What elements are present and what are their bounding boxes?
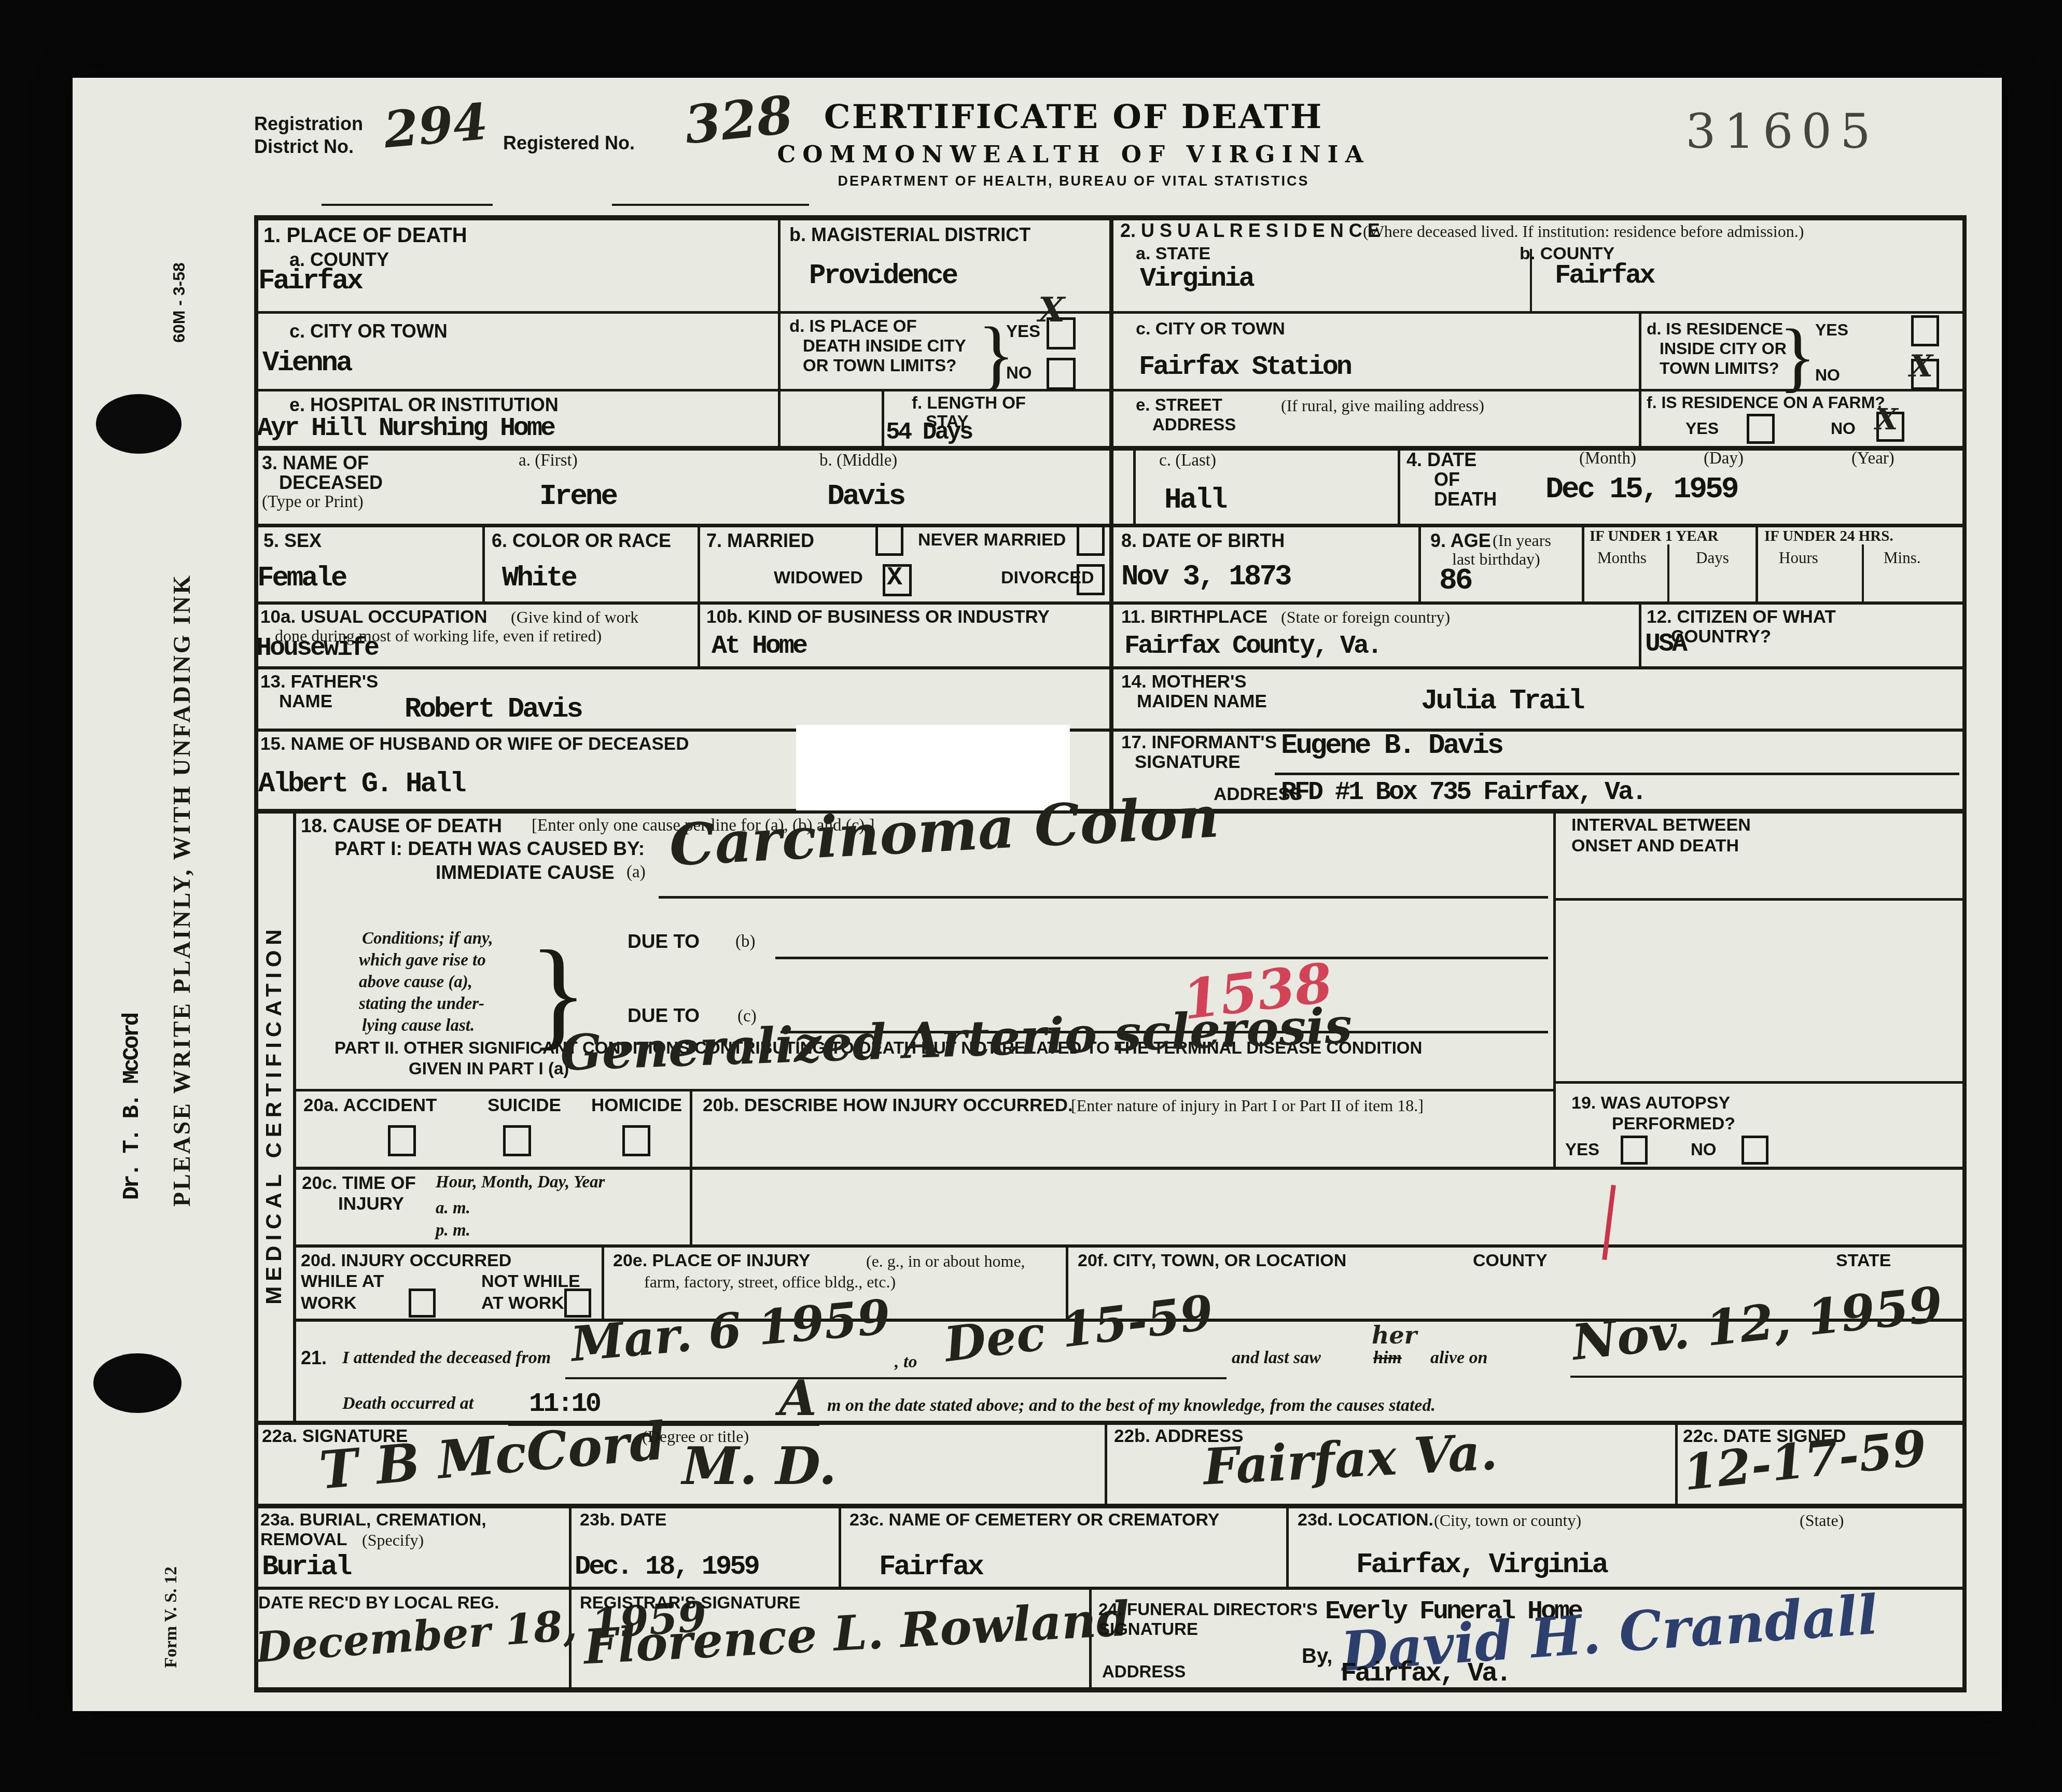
grid-line	[482, 524, 485, 601]
suicide-label: SUICIDE	[487, 1095, 561, 1116]
race-label: 6. COLOR OR RACE	[492, 530, 671, 552]
funeral-address-label: ADDRESS	[1102, 1662, 1186, 1682]
street-label-2: ADDRESS	[1152, 415, 1236, 435]
degree-value: M. D.	[682, 1435, 837, 1496]
occupation-note-1: (Give kind of work	[511, 608, 638, 627]
farm-yes-label: YES	[1685, 419, 1719, 438]
spouse-label: 15. NAME OF HUSBAND OR WIFE OF DECEASED	[260, 734, 689, 754]
farm-no-mark: X	[1875, 402, 1898, 437]
punch-hole-bottom	[93, 1353, 182, 1413]
due-to-b: (b)	[735, 932, 755, 951]
grid-line	[254, 1587, 1966, 1590]
grid-line	[1418, 524, 1421, 601]
homicide-checkbox	[622, 1125, 650, 1156]
to-word: , to	[895, 1352, 917, 1372]
not-while-work-checkbox	[564, 1289, 591, 1318]
serial-stamp: 31605	[1685, 104, 1879, 159]
doctor-margin-note: Dr. T. B. McCord	[119, 949, 145, 1265]
inside-limits-no-checkbox	[1047, 358, 1076, 390]
conditions-note-5: lying cause last.	[362, 1016, 475, 1035]
certifier-address-value: Fairfax Va.	[1202, 1422, 1499, 1496]
never-married-label: NEVER MARRIED	[918, 530, 1066, 550]
birthplace-label: 11. BIRTHPLACE	[1121, 607, 1267, 627]
grid-line	[1109, 215, 1113, 812]
grid-line	[1667, 544, 1669, 601]
residence-city-value: Fairfax Station	[1139, 352, 1350, 382]
grid-line	[882, 389, 884, 446]
district-number-line	[322, 204, 493, 206]
suicide-checkbox	[503, 1125, 531, 1156]
citizen-label-1: 12. CITIZEN OF WHAT	[1647, 607, 1836, 627]
informant-value: Eugene B. Davis	[1281, 730, 1502, 762]
dod-year-label: (Year)	[1851, 449, 1894, 468]
mins-label: Mins.	[1884, 549, 1921, 567]
deceased-name-label-1: 3. NAME OF	[262, 452, 369, 474]
funeral-director-label-1: 24. FUNERAL DIRECTOR'S	[1098, 1600, 1318, 1619]
city-value: Vienna	[262, 347, 351, 379]
divorced-checkbox	[1077, 564, 1105, 595]
burial-date-value: Dec. 18, 1959	[575, 1551, 758, 1582]
autopsy-no-label: NO	[1691, 1140, 1717, 1159]
place-of-injury-note-1: (e. g., in or about home,	[866, 1252, 1025, 1271]
grid-line	[1553, 1081, 1966, 1084]
funeral-by-label: By,	[1302, 1645, 1332, 1668]
birthplace-value: Fairfax County, Va.	[1124, 632, 1381, 661]
residence-county-value: Fairfax	[1555, 260, 1653, 291]
form-border-bottom	[254, 1687, 1966, 1692]
registration-label-1: Registration	[254, 113, 363, 135]
her-correction: her	[1372, 1321, 1417, 1349]
while-at-label: WHILE AT	[301, 1271, 384, 1292]
location-value: Fairfax, Virginia	[1356, 1549, 1607, 1581]
grid-line	[293, 1244, 1966, 1248]
inside-limits-label-3: OR TOWN LIMITS?	[803, 356, 956, 375]
autopsy-yes-label: YES	[1565, 1140, 1599, 1159]
grid-line	[1675, 1421, 1678, 1504]
race-value: White	[502, 563, 576, 594]
spouse-value: Albert G. Hall	[258, 768, 465, 800]
while-at-work-checkbox	[409, 1289, 436, 1318]
describe-injury-label: 20b. DESCRIBE HOW INJURY OCCURRED.	[703, 1095, 1073, 1116]
inside-limits-yes-label: YES	[1006, 321, 1040, 341]
print-code: 60M - 3-58	[170, 238, 189, 368]
first-name-label: a. (First)	[519, 451, 578, 470]
informant-signature-line	[1275, 773, 1959, 775]
grid-line	[1105, 1421, 1107, 1504]
middle-name-value: Davis	[827, 480, 904, 513]
dob-label: 8. DATE OF BIRTH	[1121, 530, 1285, 552]
sex-value: Female	[257, 563, 345, 594]
grid-line	[1286, 1504, 1289, 1587]
residence-yes-checkbox	[1911, 315, 1939, 346]
not-while-work-label: AT WORK	[481, 1293, 564, 1313]
citizen-value: USA	[1645, 629, 1685, 659]
inside-limits-label-2: DEATH INSIDE CITY	[803, 336, 966, 356]
red-tally-mark	[1602, 1185, 1616, 1260]
due-to-b-label: DUE TO	[628, 931, 700, 953]
immediate-cause-a: (a)	[626, 863, 646, 882]
time-of-injury-label-2: INJURY	[338, 1194, 404, 1214]
commonwealth-subtitle: COMMONWEALTH OF VIRGINIA	[762, 141, 1385, 168]
autopsy-yes-checkbox	[1621, 1136, 1648, 1165]
grid-line	[1553, 809, 1556, 1167]
write-plainly-note: PLEASE WRITE PLAINLY, WITH UNFADING INK	[168, 517, 196, 1264]
last-saw-text: and last saw	[1232, 1348, 1321, 1368]
interval-label-2: ONSET AND DEATH	[1571, 836, 1739, 856]
cemetery-label: 23c. NAME OF CEMETERY OR CREMATORY	[849, 1510, 1219, 1530]
days-label: Days	[1696, 549, 1729, 567]
under-24-hrs-label: IF UNDER 24 HRS.	[1764, 528, 1893, 545]
farm-yes-checkbox	[1747, 414, 1775, 444]
grid-line	[1582, 524, 1584, 601]
form-number: Form V. S. 12	[161, 1537, 181, 1698]
pm-label: p. m.	[436, 1221, 470, 1240]
residence-state-label: a. STATE	[1136, 244, 1210, 264]
conditions-note-4: stating the under-	[359, 995, 484, 1014]
conditions-note-3: above cause (a),	[359, 973, 472, 992]
married-checkbox	[875, 525, 903, 556]
date-of-death-label-1: 4. DATE	[1406, 449, 1476, 471]
grid-line	[1133, 446, 1136, 524]
am-mark: A	[779, 1370, 817, 1427]
grid-line	[1398, 446, 1400, 524]
occupation-value: Housewife	[256, 634, 378, 663]
attended-to-value: Dec 15-59	[941, 1284, 1216, 1373]
grid-line	[602, 1244, 604, 1319]
hours-label: Hours	[1779, 549, 1818, 567]
grid-line	[293, 1089, 1553, 1091]
brace: }	[1779, 312, 1816, 401]
burial-date-label: 23b. DATE	[580, 1510, 667, 1530]
grid-line	[1639, 601, 1641, 666]
date-of-death-label-3: DEATH	[1434, 488, 1497, 510]
registered-no-label: Registered No.	[503, 132, 635, 154]
grid-line	[1756, 524, 1758, 601]
magisterial-district-label: b. MAGISTERIAL DISTRICT	[789, 224, 1030, 246]
widowed-mark: X	[887, 563, 900, 593]
medical-certification-strip: MEDICAL CERTIFICATION	[261, 828, 286, 1401]
grid-line	[690, 1089, 692, 1244]
time-of-injury-note: Hour, Month, Day, Year	[436, 1173, 605, 1192]
mother-label-2: MAIDEN NAME	[1137, 691, 1267, 712]
place-of-injury-note-2: farm, factory, street, office bldg., etc…	[644, 1272, 896, 1292]
certificate-paper: 60M - 3-58 PLEASE WRITE PLAINLY, WITH UN…	[73, 78, 2002, 1711]
age-note-1: (In years	[1493, 531, 1551, 550]
father-value: Robert Davis	[405, 694, 581, 725]
death-statement-tail: m on the date stated above; and to the b…	[827, 1396, 1436, 1416]
injury-county-label: COUNTY	[1473, 1251, 1548, 1271]
autopsy-label-2: PERFORMED?	[1612, 1114, 1735, 1134]
certificate-title: CERTIFICATE OF DEATH	[762, 97, 1385, 136]
inside-limits-yes-mark: X	[1038, 289, 1065, 330]
sex-label: 5. SEX	[263, 530, 322, 552]
injury-state-label: STATE	[1836, 1251, 1891, 1271]
usual-residence-title: 2. U S U A L R E S I D E N C E	[1120, 220, 1380, 242]
months-label: Months	[1597, 549, 1647, 567]
grid-line	[569, 1504, 572, 1687]
injury-city-label: 20f. CITY, TOWN, OR LOCATION	[1078, 1251, 1346, 1271]
place-of-injury-label: 20e. PLACE OF INJURY	[613, 1251, 810, 1271]
district-number-value: 294	[381, 92, 490, 159]
deceased-name-label-3: (Type or Print)	[262, 493, 364, 512]
registered-number-line	[612, 204, 809, 206]
date-of-death-value: Dec 15, 1959	[1545, 473, 1737, 507]
length-of-stay-value: 54 Days	[886, 419, 971, 446]
injury-occurred-label: 20d. INJURY OCCURRED	[301, 1251, 511, 1271]
age-value: 86	[1439, 564, 1471, 598]
grid-line	[1639, 311, 1641, 446]
informant-label-2: SIGNATURE	[1135, 752, 1241, 773]
under-1-year-label: IF UNDER 1 YEAR	[1590, 528, 1718, 545]
age-label: 9. AGE	[1430, 530, 1491, 552]
time-of-injury-label-1: 20c. TIME OF	[302, 1173, 416, 1194]
him-word: him	[1373, 1348, 1402, 1368]
attended-from-value: Mar. 6 1959	[568, 1289, 893, 1372]
conditions-note-2: which gave rise to	[359, 951, 486, 970]
farm-no-label: NO	[1831, 419, 1856, 438]
attended-text: I attended the deceased from	[342, 1348, 551, 1368]
death-occurred-text: Death occurred at	[342, 1394, 473, 1413]
street-label-1: e. STREET	[1136, 395, 1222, 415]
immediate-cause-label: IMMEDIATE CAUSE	[436, 862, 615, 884]
residence-no-label: NO	[1815, 366, 1840, 385]
grid-line	[293, 809, 296, 1421]
place-of-death-title: 1. PLACE OF DEATH	[263, 224, 467, 247]
dod-month-label: (Month)	[1579, 449, 1636, 468]
location-label: 23d. LOCATION.	[1298, 1510, 1433, 1530]
autopsy-label-1: 19. WAS AUTOPSY	[1571, 1093, 1730, 1113]
funeral-director-label-2: SIGNATURE	[1098, 1619, 1198, 1639]
death-time-value: 11:10	[529, 1389, 600, 1419]
scanned-death-certificate: 60M - 3-58 PLEASE WRITE PLAINLY, WITH UN…	[0, 0, 2062, 1792]
burial-label-1: 23a. BURIAL, CREMATION,	[260, 1510, 486, 1530]
widowed-label: WIDOWED	[774, 568, 863, 588]
farm-label: f. IS RESIDENCE ON A FARM?	[1647, 393, 1885, 412]
length-of-stay-label-1: f. LENGTH OF	[912, 393, 1026, 413]
father-label-2: NAME	[279, 691, 332, 712]
cause-of-death-title: 18. CAUSE OF DEATH	[301, 815, 502, 837]
grid-line	[698, 524, 700, 666]
funeral-address-value: Fairfax, Va.	[1341, 1658, 1510, 1689]
citizen-label-2: COUNTRY?	[1671, 626, 1771, 647]
never-married-checkbox	[1077, 525, 1105, 556]
mother-value: Julia Trail	[1421, 685, 1583, 717]
grid-line	[839, 1504, 841, 1587]
hospital-label: e. HOSPITAL OR INSTITUTION	[289, 394, 559, 416]
cause-a-line	[659, 896, 1548, 899]
inside-limits-no-label: NO	[1006, 363, 1032, 383]
interval-label-1: INTERVAL BETWEEN	[1571, 815, 1751, 835]
date-of-death-label-2: OF	[1434, 469, 1460, 491]
conditions-note-1: Conditions; if any,	[362, 929, 493, 948]
inside-limits-label-1: d. IS PLACE OF	[789, 316, 917, 336]
attendance-line-2	[1570, 1376, 1963, 1378]
am-label: a. m.	[436, 1199, 470, 1218]
industry-value: At Home	[712, 632, 806, 661]
informant-label-1: 17. INFORMANT'S	[1121, 732, 1277, 753]
middle-name-label: b. (Middle)	[819, 451, 897, 470]
registration-label-2: District No.	[254, 136, 354, 158]
dob-value: Nov 3, 1873	[1121, 560, 1290, 593]
title-block: CERTIFICATE OF DEATH COMMONWEALTH OF VIR…	[762, 97, 1385, 189]
accident-checkbox	[388, 1125, 416, 1156]
residence-inside-label-3: TOWN LIMITS?	[1660, 359, 1779, 378]
part1-label: PART I: DEATH WAS CAUSED BY:	[335, 838, 645, 860]
street-note: (If rural, give mailing address)	[1281, 396, 1484, 415]
grid-line	[1862, 544, 1864, 601]
father-label-1: 13. FATHER'S	[260, 671, 378, 692]
autopsy-no-checkbox	[1741, 1136, 1768, 1165]
part2-label-2: GIVEN IN PART I (a)	[409, 1059, 569, 1079]
cause-b-line	[775, 957, 1548, 959]
department-line: DEPARTMENT OF HEALTH, BUREAU OF VITAL ST…	[762, 173, 1385, 189]
informant-address-value: RFD #1 Box 735 Fairfax, Va.	[1281, 778, 1645, 807]
occupation-label: 10a. USUAL OCCUPATION	[260, 607, 487, 627]
last-name-value: Hall	[1164, 483, 1225, 516]
burial-value: Burial	[262, 1551, 350, 1583]
grid-line	[254, 1504, 1966, 1508]
magisterial-district-value: Providence	[809, 260, 956, 292]
describe-injury-note: [Enter nature of injury in Part I or Par…	[1071, 1096, 1424, 1115]
cemetery-value: Fairfax	[879, 1551, 982, 1583]
burial-note: (Specify)	[362, 1531, 424, 1550]
residence-inside-label-1: d. IS RESIDENCE	[1647, 319, 1783, 339]
homicide-label: HOMICIDE	[591, 1095, 682, 1116]
residence-yes-label: YES	[1815, 320, 1848, 340]
residence-city-label: c. CITY OR TOWN	[1136, 319, 1285, 339]
attendance-number: 21.	[301, 1347, 327, 1369]
residence-no-mark: X	[1910, 348, 1933, 384]
last-name-label: c. (Last)	[1159, 451, 1216, 470]
county-value: Fairfax	[258, 265, 361, 297]
location-state-note: (State)	[1800, 1511, 1844, 1530]
location-note: (City, town or county)	[1434, 1511, 1581, 1530]
city-label: c. CITY OR TOWN	[289, 320, 448, 342]
dod-day-label: (Day)	[1704, 449, 1744, 468]
last-alive-date-value: Nov. 12, 1959	[1569, 1276, 1945, 1371]
accident-label: 20a. ACCIDENT	[303, 1095, 437, 1116]
hospital-value: Ayr Hill Nurshing Home	[257, 414, 554, 443]
married-label: 7. MARRIED	[706, 530, 814, 552]
grid-line	[778, 215, 781, 446]
immediate-cause-value: Carcinoma Colon	[667, 783, 1220, 878]
burial-label-2: REMOVAL	[260, 1530, 347, 1550]
residence-state-value: Virginia	[1140, 263, 1253, 294]
while-work-label: WORK	[301, 1293, 357, 1313]
deceased-name-label-2: DECEASED	[279, 472, 383, 494]
punch-hole-top	[96, 394, 182, 454]
mother-label-1: 14. MOTHER'S	[1121, 671, 1247, 692]
residence-inside-label-2: INSIDE CITY OR	[1660, 339, 1787, 358]
industry-label: 10b. KIND OF BUSINESS OR INDUSTRY	[706, 607, 1050, 627]
form-border-right	[1962, 215, 1967, 1692]
alive-on-text: alive on	[1430, 1348, 1487, 1368]
first-name-value: Irene	[539, 480, 616, 513]
grid-line	[293, 1167, 1966, 1170]
birthplace-note: (State or foreign country)	[1281, 608, 1450, 627]
usual-residence-note: (Where deceased lived. If institution: r…	[1363, 222, 1804, 241]
attendance-line-1	[565, 1377, 1227, 1379]
grid-line	[1553, 898, 1966, 901]
